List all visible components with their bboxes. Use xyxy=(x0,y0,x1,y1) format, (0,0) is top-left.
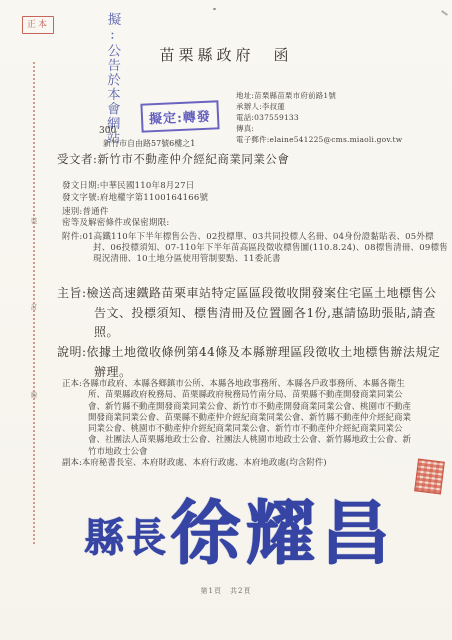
postal-code: 300 xyxy=(99,126,116,136)
subject-label: 主旨: xyxy=(57,286,87,300)
recipient-street-address: 新竹市自由路57號6樓之1 xyxy=(103,138,195,149)
original-recipients-line: 正本:各縣市政府、本縣各鄉鎮市公所、本縣各地政事務所、本縣各戶政事務所、本縣各衛… xyxy=(62,379,412,458)
scan-speck xyxy=(441,10,448,16)
explanation-paragraph: 說明:依據土地徵收條例第44條及本縣辦理區段徵收土地標售辦法規定辦理。 xyxy=(57,343,448,382)
document-title: 苗栗縣政府 函 xyxy=(0,44,452,65)
contact-phone: 電話:037559133 xyxy=(236,112,402,123)
document-meta-block: 發文日期:中華民國110年8月27日 發文字號:府地權字第1100164166號… xyxy=(62,181,448,265)
contact-person: 承辦人:李叔蓮 xyxy=(236,101,402,112)
copy-recipients-line: 副本:本府秘書長室、本府財政處、本府行政處、本府地政處(均含附件) xyxy=(62,458,412,469)
signature-office-title: 縣長 xyxy=(84,506,168,563)
binding-mark-ding: 訂 xyxy=(29,302,39,311)
binding-mark-xian: 線 xyxy=(29,390,39,399)
signature-magistrate-name: 徐耀昌 xyxy=(170,477,395,578)
original-recipients-list: 各縣市政府、本縣各鄉鎮市公所、本縣各地政事務所、本縣各戶政事務所、本縣各衛生所、… xyxy=(82,379,411,457)
original-recipients-label: 正本: xyxy=(62,379,82,389)
explanation-label: 說明: xyxy=(57,345,87,359)
contact-email: 電子郵件:elaine541225@cms.miaoli.gov.tw xyxy=(236,134,402,145)
attachments-line: 附件:01高鐵110年下半年標售公告、02投標單、03共同投標人名冊、04身份證… xyxy=(62,232,448,265)
delivery-speed: 速別:普通件 xyxy=(62,207,448,219)
secrecy-clause: 密等及解密條件或保密期限: xyxy=(62,218,448,230)
subject-paragraph: 主旨:檢送高速鐵路苗栗車站特定區區段徵收開發案住宅區土地標售公告文、投標須知、標… xyxy=(57,284,448,343)
contact-address: 地址:苗栗縣苗栗市府前路1號 xyxy=(236,90,402,101)
page-number: 第1頁 共2頁 xyxy=(0,586,452,596)
recipient-line: 受文者:新竹市不動產仲介經紀商業同業公會 xyxy=(57,151,289,167)
scan-speck xyxy=(213,8,216,10)
attachments-list: 01高鐵110年下半年標售公告、02投標單、03共同投標人名冊、04身份證黏貼表… xyxy=(82,232,447,264)
explanation-text: 依據土地徵收條例第44條及本縣辦理區段徵收土地標售辦法規定辦理。 xyxy=(87,345,441,379)
reference-number: 發文字號:府地權字第1100164166號 xyxy=(62,193,448,205)
distribution-block: 正本:各縣市政府、本縣各鄉鎮市公所、本縣各地政事務所、本縣各戶政事務所、本縣各衛… xyxy=(62,379,412,469)
contact-fax: 傳真: xyxy=(236,123,402,134)
binding-mark-zhuang: 裝 xyxy=(29,216,39,225)
copy-recipients-list: 本府秘書長室、本府財政處、本府行政處、本府地政處(均含附件) xyxy=(82,458,327,468)
contact-info-block: 地址:苗栗縣苗栗市府前路1號 承辦人:李叔蓮 電話:037559133 傳真: … xyxy=(236,90,402,145)
official-red-seal xyxy=(414,458,445,494)
copy-recipients-label: 副本: xyxy=(62,458,82,468)
issue-date: 發文日期:中華民國110年8月27日 xyxy=(62,181,448,193)
subject-text: 檢送高速鐵路苗栗車站特定區區段徵收開發案住宅區土地標售公告文、投標須知、標售清冊… xyxy=(87,286,437,339)
attachments-label: 附件: xyxy=(62,232,82,242)
official-letter-page: 正本 擬:公告於本會網站 苗栗縣政府 函 地址:苗栗縣苗栗市府前路1號 承辦人:… xyxy=(0,0,452,640)
decision-forward-stamp: 擬定:轉發 xyxy=(140,100,219,132)
copy-type-stamp: 正本 xyxy=(22,16,54,34)
